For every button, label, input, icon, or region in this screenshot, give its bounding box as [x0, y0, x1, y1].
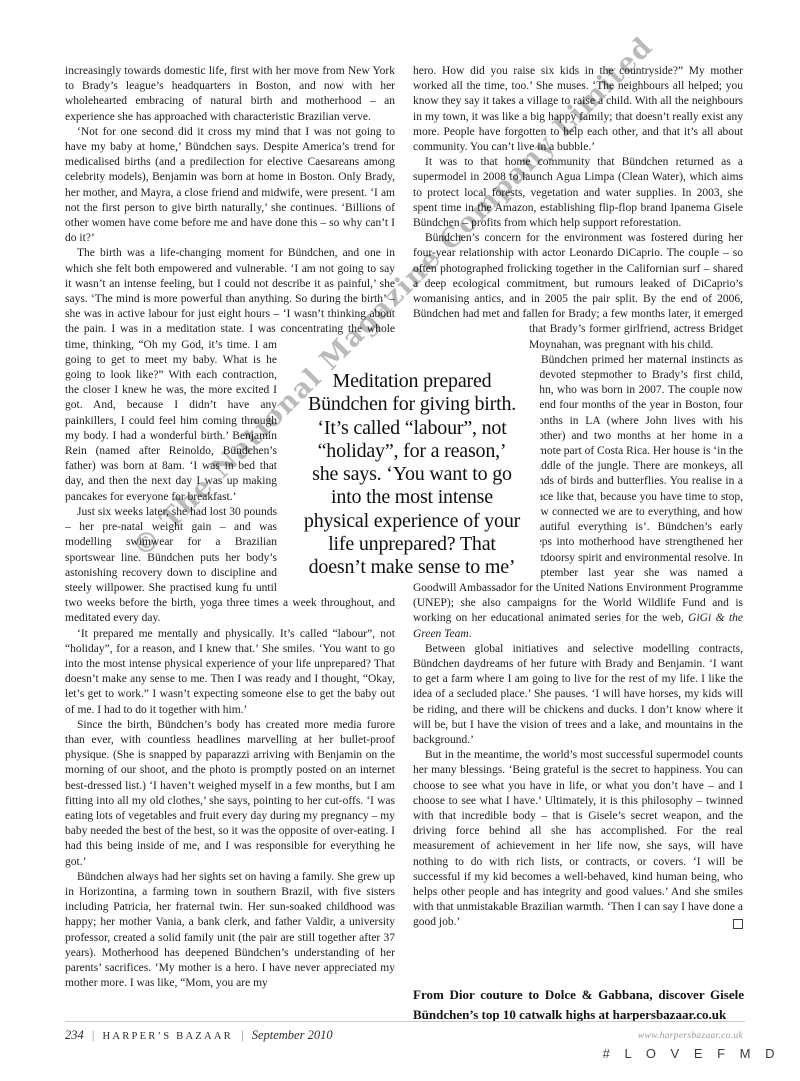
footer-rule [65, 1021, 745, 1022]
pull-quote-line: “holiday”, for a reason,’ [284, 440, 540, 463]
article-paragraph: Since the birth, Bündchen’s body has cre… [65, 718, 395, 870]
pull-quote: Meditation preparedBündchen for giving b… [284, 370, 540, 580]
lovefmd-hashtag: # L O V E F M D [603, 1046, 780, 1061]
footer-separator: | [236, 1028, 249, 1042]
text-run: It was to that home community that Bündc… [413, 156, 743, 229]
article-paragraph: ‘It prepared me mentally and physically.… [65, 627, 395, 718]
text-run: Bündchen always had her sights set on ha… [65, 871, 395, 989]
footer-separator: | [87, 1028, 100, 1042]
text-run: . [469, 628, 472, 640]
pull-quote-line: doesn’t make sense to me’ [284, 556, 540, 579]
article-paragraph: Bündchen’s concern for the environment w… [413, 231, 743, 353]
text-run: ‘Not for one second did it cross my mind… [65, 126, 395, 244]
text-run: But in the meantime, the world’s most su… [413, 749, 743, 928]
article-paragraph: increasingly towards domestic life, firs… [65, 64, 395, 125]
issue-date: September 2010 [252, 1028, 333, 1042]
pull-quote-line: she says. ‘You want to go [284, 463, 540, 486]
magazine-title: HARPER’S BAZAAR [103, 1031, 233, 1042]
article-paragraph: ‘Not for one second did it cross my mind… [65, 125, 395, 247]
sign-off-teaser: From Dior couture to Dolce & Gabbana, di… [413, 985, 744, 1024]
pull-quote-line: Bündchen for giving birth. [284, 393, 540, 416]
text-run: Bündchen’s concern for the environment w… [413, 232, 743, 335]
text-run: The birth was a life-changing moment for… [65, 247, 395, 335]
end-of-article-mark [733, 919, 743, 929]
text-run: Since the birth, Bündchen’s body has cre… [65, 719, 395, 868]
text-run: hero. How did you raise six kids in the … [413, 65, 743, 153]
pull-quote-line: ‘It’s called “labour”, not [284, 417, 540, 440]
article-paragraph: It was to that home community that Bündc… [413, 155, 743, 231]
pull-quote-line: physical experience of your [284, 510, 540, 533]
text-run: ‘It prepared me mentally and physically.… [65, 628, 395, 716]
text-run: Between global initiatives and selective… [413, 643, 743, 746]
article-paragraph: But in the meantime, the world’s most su… [413, 748, 743, 930]
magazine-page: © The National Magazine Company Limited … [0, 0, 800, 1081]
pull-quote-line: Meditation prepared [284, 370, 540, 393]
article-paragraph: hero. How did you raise six kids in the … [413, 64, 743, 155]
article-paragraph: Between global initiatives and selective… [413, 642, 743, 748]
footer-folio: 234 | HARPER’S BAZAAR | September 2010 [65, 1028, 333, 1043]
pull-quote-line: into the most intense [284, 486, 540, 509]
text-run: increasingly towards domestic life, firs… [65, 65, 395, 123]
article-paragraph: Bündchen always had her sights set on ha… [65, 870, 395, 992]
pull-quote-line: life unprepared? That [284, 533, 540, 556]
website-credit: www.harpersbazaar.co.uk [638, 1031, 743, 1041]
page-number: 234 [65, 1028, 84, 1042]
